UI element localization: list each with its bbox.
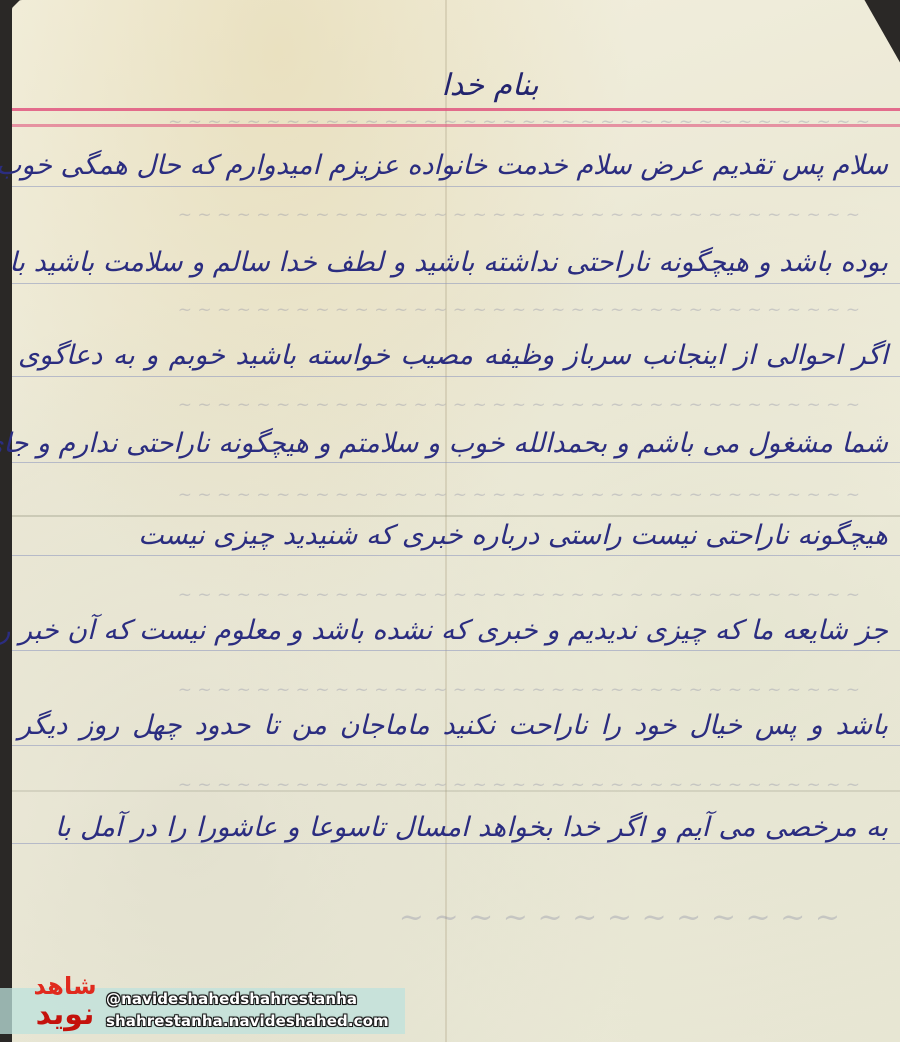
bleed-through-ink: ~ ~ ~ ~ ~ ~ ~ ~ ~ ~ ~ ~ ~ ~ ~ ~ ~ ~ ~ ~ … xyxy=(178,205,860,225)
watermark-handle: @navideshahedshahrestanha xyxy=(106,990,357,1008)
rule-line xyxy=(12,843,900,844)
bleed-through-ink: ~ ~ ~ ~ ~ ~ ~ ~ ~ ~ ~ ~ ~ ~ ~ ~ ~ ~ ~ ~ … xyxy=(178,395,860,415)
bleed-through-ink: ~ ~ ~ ~ ~ ~ ~ ~ ~ ~ ~ ~ ~ ~ ~ ~ ~ ~ ~ ~ … xyxy=(178,485,860,505)
watermark-website: shahrestanha.navideshahed.com xyxy=(106,1012,389,1030)
rule-line xyxy=(12,555,900,556)
bleed-through-ink: ~ ~ ~ ~ ~ ~ ~ ~ ~ ~ ~ ~ ~ ~ ~ ~ ~ ~ ~ ~ … xyxy=(178,775,860,795)
rule-line xyxy=(12,376,900,377)
letter-line: سلام پس تقدیم عرض سلام خدمت خانواده عزیز… xyxy=(18,150,888,181)
bleed-through-ink: ~ ~ ~ ~ ~ ~ ~ ~ ~ ~ ~ ~ ~ ~ ~ ~ ~ ~ ~ ~ … xyxy=(168,112,870,132)
bleed-through-ink: ~ ~ ~ ~ ~ ~ ~ ~ ~ ~ ~ ~ ~ xyxy=(399,900,840,935)
rule-line xyxy=(12,186,900,187)
letter-line: جز شایعه ما که چیزی ندیدیم و خبری که نشد… xyxy=(18,615,888,646)
navideshahed-logo: شاهد نوید xyxy=(26,965,104,1039)
bleed-through-ink: ~ ~ ~ ~ ~ ~ ~ ~ ~ ~ ~ ~ ~ ~ ~ ~ ~ ~ ~ ~ … xyxy=(178,680,860,700)
rule-line xyxy=(12,283,900,284)
margin-line xyxy=(12,108,900,111)
letter-line: بوده باشد و هیچگونه ناراحتی نداشته باشید… xyxy=(18,247,888,278)
rule-line xyxy=(12,462,900,463)
letter-heading: بنام خدا xyxy=(0,68,900,103)
paper-crease-horizontal xyxy=(12,515,900,517)
letter-line: اگر احوالی از اینجانب سرباز وظیفه مصیب خ… xyxy=(18,340,888,371)
rule-line xyxy=(12,650,900,651)
letter-line: به مرخصی می آیم و اگر خدا بخواهد امسال ت… xyxy=(55,812,888,843)
logo-text-bottom: نوید xyxy=(36,999,95,1031)
letter-line: باشد و پس خیال خود را ناراحت نکنید ماماج… xyxy=(18,710,888,741)
rule-line xyxy=(12,745,900,746)
letter-line: هیچگونه ناراحتی نیست راستی درباره خبری ک… xyxy=(230,520,888,551)
bleed-through-ink: ~ ~ ~ ~ ~ ~ ~ ~ ~ ~ ~ ~ ~ ~ ~ ~ ~ ~ ~ ~ … xyxy=(178,585,860,605)
letter-line: شما مشغول می باشم و بحمدالله خوب و سلامت… xyxy=(18,428,888,459)
bleed-through-ink: ~ ~ ~ ~ ~ ~ ~ ~ ~ ~ ~ ~ ~ ~ ~ ~ ~ ~ ~ ~ … xyxy=(178,300,860,320)
logo-text-top: شاهد xyxy=(33,973,96,999)
